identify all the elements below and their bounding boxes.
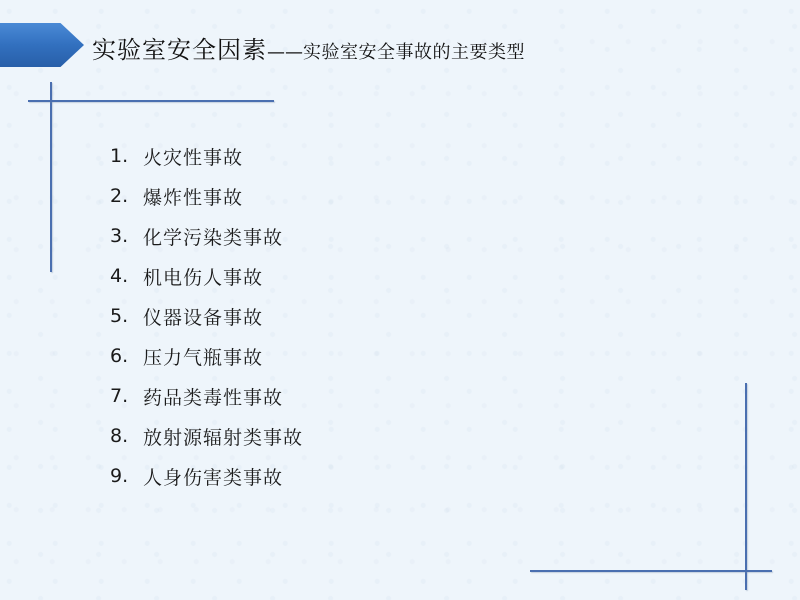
list-item-text: 火灾性事故 [143,143,243,170]
accident-type-list: 1. 火灾性事故 2. 爆炸性事故 3. 化学污染类事故 4. 机电伤人事故 5… [110,136,303,496]
list-item-number: 3. [110,225,143,247]
list-item-number: 9. [110,465,143,487]
list-item-text: 压力气瓶事故 [143,343,263,370]
list-item-number: 1. [110,145,143,167]
list-item-text: 药品类毒性事故 [143,383,283,410]
list-item-number: 6. [110,345,143,367]
list-item-text: 化学污染类事故 [143,223,283,250]
title-subtitle: 实验室安全事故的主要类型 [303,38,525,64]
title-dash: —— [267,42,303,63]
list-item: 1. 火灾性事故 [110,136,303,176]
title-arrow-icon [0,23,84,67]
bottom-right-horizontal-line [530,570,772,572]
list-item: 3. 化学污染类事故 [110,216,303,256]
list-item-text: 人身伤害类事故 [143,463,283,490]
list-item-text: 仪器设备事故 [143,303,263,330]
slide-title: 实验室安全因素 —— 实验室安全事故的主要类型 [92,30,525,65]
list-item: 9. 人身伤害类事故 [110,456,303,496]
bottom-right-vertical-line [745,383,747,590]
list-item-number: 8. [110,425,143,447]
list-item: 8. 放射源辐射类事故 [110,416,303,456]
list-item: 5. 仪器设备事故 [110,296,303,336]
list-item: 2. 爆炸性事故 [110,176,303,216]
top-left-horizontal-line [28,100,274,102]
list-item: 7. 药品类毒性事故 [110,376,303,416]
list-item-text: 机电伤人事故 [143,263,263,290]
list-item-number: 4. [110,265,143,287]
list-item: 4. 机电伤人事故 [110,256,303,296]
list-item-text: 放射源辐射类事故 [143,423,303,450]
top-left-vertical-line [50,82,52,272]
list-item-number: 5. [110,305,143,327]
list-item-number: 2. [110,185,143,207]
title-main: 实验室安全因素 [92,30,267,65]
list-item-number: 7. [110,385,143,407]
list-item: 6. 压力气瓶事故 [110,336,303,376]
list-item-text: 爆炸性事故 [143,183,243,210]
